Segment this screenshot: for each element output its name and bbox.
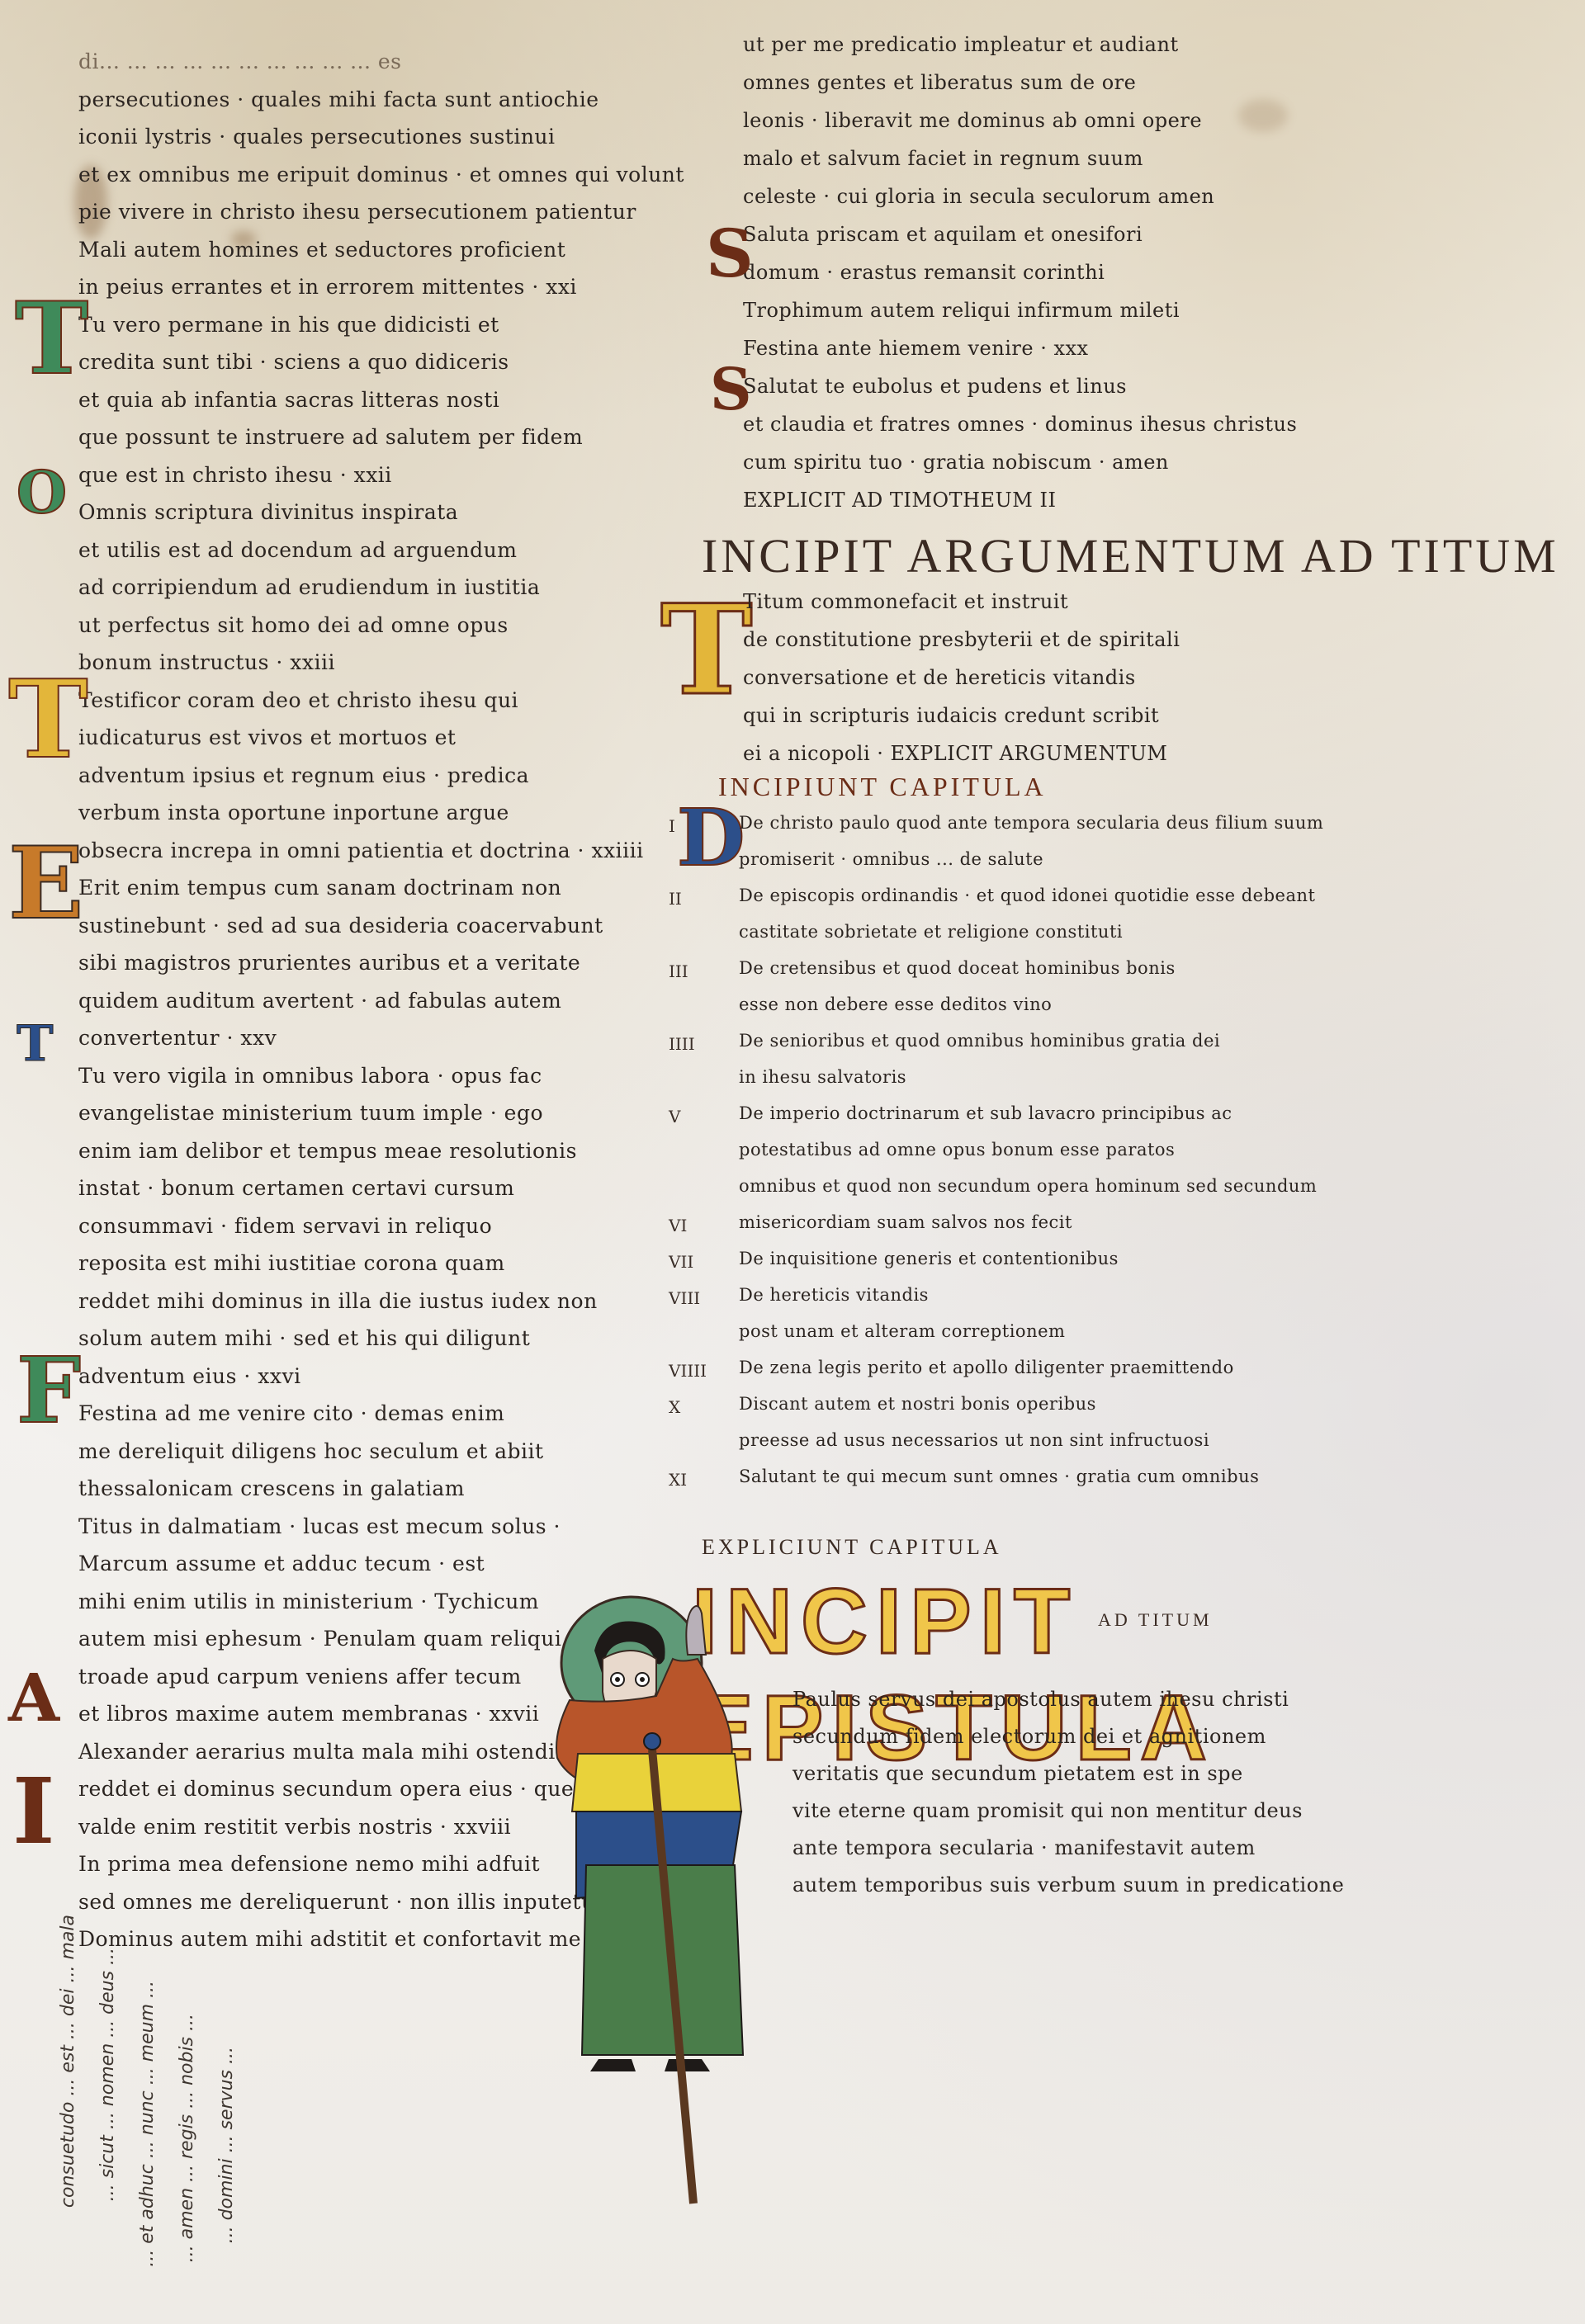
decorated-initial-a: A [8,1659,59,1736]
manuscript-line: veritatis que secundum pietatem est in s… [792,1762,1243,1785]
manuscript-line: Erit enim tempus cum sanam doctrinam non [78,876,561,900]
chapter-number: IIII [669,1034,695,1054]
manuscript-line: ut perfectus sit homo dei ad omne opus [78,613,509,637]
manuscript-line: ad corripiendum ad erudiendum in iustiti… [78,575,540,599]
manuscript-line: sustinebunt · sed ad sua desideria coace… [78,914,603,938]
manuscript-line: sed omnes me dereliquerunt · non illis i… [78,1890,605,1914]
manuscript-line: obsecra increpa in omni patientia et doc… [78,838,644,862]
chapter-line: in ihesu salvatoris [739,1067,906,1087]
manuscript-line: Testificor coram deo et christo ihesu qu… [78,688,518,712]
manuscript-line: Saluta priscam et aquilam et onesifori [743,223,1143,246]
manuscript-line: persecutiones · quales mihi facta sunt a… [78,87,599,111]
manuscript-line: et ex omnibus me eripuit dominus · et om… [78,163,684,187]
chapter-line: esse non debere esse deditos vino [739,994,1052,1014]
manuscript-line: et libros maxime autem membranas · xxvii [78,1702,539,1726]
chapter-number: III [669,961,688,981]
decorated-initial-t: T [15,281,88,397]
manuscript-line: me dereliquit diligens hoc seculum et ab… [78,1439,544,1463]
manuscript-line: Festina ad me venire cito · demas enim [78,1401,504,1425]
ink-stain [1238,99,1288,132]
manuscript-line: celeste · cui gloria in secula seculorum… [743,185,1214,208]
manuscript-line: autem misi ephesum · Penulam quam reliqu… [78,1627,561,1651]
manuscript-line: thessalonicam crescens in galatiam [78,1476,465,1500]
manuscript-line: In prima mea defensione nemo mihi adfuit [78,1852,540,1876]
chapter-line: potestatibus ad omne opus bonum esse par… [739,1140,1175,1160]
manuscript-line: evangelistae ministerium tuum imple · eg… [78,1101,543,1125]
chapter-number: VIII [669,1288,700,1308]
manuscript-line: vite eterne quam promisit qui non mentit… [792,1799,1303,1822]
manuscript-line: Mali autem homines et seductores profici… [78,238,565,262]
manuscript-line: domum · erastus remansit corinthi [743,261,1105,284]
manuscript-line: que est in christo ihesu · xxii [78,463,392,487]
manuscript-line: autem temporibus suis verbum suum in pre… [792,1873,1344,1897]
decorated-initial-d: D [677,792,745,884]
manuscript-line: adventum eius · xxvi [78,1364,301,1388]
capitula-heading: INCIPIUNT CAPITULA [718,772,1047,802]
manuscript-line: iudicaturus est vivos et mortuos et [78,725,456,749]
left-foot [590,2059,636,2071]
chapter-line: De zena legis perito et apollo diligente… [739,1358,1234,1377]
decorated-initial-t-argument: T [660,578,753,723]
manuscript-line: credita sunt tibi · sciens a quo didicer… [78,350,509,374]
chapter-number: II [669,889,682,909]
apostle-illumination [537,1593,784,2212]
chapter-number: X [669,1397,680,1417]
chapter-number: VII [669,1252,693,1272]
manuscript-line: valde enim restitit verbis nostris · xxv… [78,1815,511,1839]
manuscript-line: Salutat te eubolus et pudens et linus [743,375,1127,398]
manuscript-line: de constitutione presbyterii et de spiri… [743,628,1180,651]
chapter-line: De episcopis ordinandis · et quod idonei… [739,886,1315,905]
manuscript-line: ut per me predicatio impleatur et audian… [743,33,1179,56]
manuscript-line: Tu vero vigila in omnibus labora · opus … [78,1064,542,1088]
manuscript-line: et utilis est ad docendum ad arguendum [78,538,517,562]
manuscript-line: secundum fidem electorum dei et agnition… [792,1725,1266,1748]
manuscript-line: bonum instructus · xxiii [78,650,335,674]
manuscript-line: troade apud carpum veniens affer tecum [78,1665,522,1689]
marginal-note: ... domini ... servus ... [216,2047,237,2243]
manuscript-line: reposita est mihi iustitiae corona quam [78,1251,505,1275]
chapter-line: promiserit · omnibus ... de salute [739,849,1043,869]
chapter-line: De hereticis vitandis [739,1285,929,1305]
chapter-number: VIIII [669,1361,707,1381]
manuscript-line: EXPLICIT AD TIMOTHEUM II [743,489,1056,512]
manuscript-line: consummavi · fidem servavi in reliquo [78,1214,492,1238]
manuscript-line: di... ... ... ... ... ... ... ... ... ..… [78,50,402,73]
right-foot [665,2059,710,2071]
manuscript-line: ante tempora secularia · manifestavit au… [792,1836,1256,1859]
chapter-line: omnibus et quod non secundum opera homin… [739,1176,1317,1196]
manuscript-line: Tu vero permane in his que didicisti et [78,313,499,337]
manuscript-line: Trophimum autem reliqui infirmum mileti [743,299,1180,322]
manuscript-line: Omnis scriptura divinitus inspirata [78,500,458,524]
manuscript-line: malo et salvum faciet in regnum suum [743,147,1143,170]
chapter-line: preesse ad usus necessarios ut non sint … [739,1430,1209,1450]
manuscript-line: pie vivere in christo ihesu persecutione… [78,200,636,224]
marginal-note: ... amen ... regis ... nobis ... [177,2014,197,2262]
manuscript-line: cum spiritu tuo · gratia nobiscum · amen [743,451,1169,474]
chapter-number: I [669,816,675,836]
decorated-initial-s: S [706,215,754,292]
manuscript-line: verbum insta oportune inportune argue [78,801,509,824]
manuscript-line: leonis · liberavit me dominus ab omni op… [743,109,1202,132]
manuscript-line: Titum commonefacit et instruit [743,590,1068,613]
manuscript-line: Festina ante hiemem venire · xxx [743,337,1089,360]
chapter-line: post unam et alteram correptionem [739,1321,1065,1341]
manuscript-line: instat · bonum certamen certavi cursum [78,1176,514,1200]
manuscript-line: et quia ab infantia sacras litteras nost… [78,388,499,412]
manuscript-line: solum autem mihi · sed et his qui diligu… [78,1326,530,1350]
chapter-line: De inquisitione generis et contentionibu… [739,1249,1119,1268]
decorated-initial-i: I [12,1758,54,1864]
chapter-number: V [669,1107,680,1127]
decorated-initial-f: F [17,1337,81,1443]
chapter-line: misericordiam suam salvos nos fecit [739,1212,1072,1232]
manuscript-line: iconii lystris · quales persecutiones su… [78,125,556,149]
manuscript-line: omnes gentes et liberatus sum de ore [743,71,1136,94]
manuscript-line: mihi enim utilis in ministerium · Tychic… [78,1589,539,1613]
chapter-line: Discant autem et nostri bonis operibus [739,1394,1096,1414]
chapter-line: De senioribus et quod omnibus hominibus … [739,1031,1220,1051]
manuscript-line: ei a nicopoli · EXPLICIT ARGUMENTUM [743,742,1167,765]
decorated-initial-e: E [8,825,83,942]
manuscript-line: convertentur · xxv [78,1026,277,1050]
manuscript-line: qui in scripturis iudaicis credunt scrib… [743,704,1159,727]
manuscript-line: adventum ipsius et regnum eius · predica [78,763,529,787]
chapter-line: Salutant te qui mecum sunt omnes · grati… [739,1467,1259,1486]
chapter-line: De cretensibus et quod doceat hominibus … [739,958,1176,978]
manuscript-line: Titus in dalmatiam · lucas est mecum sol… [78,1514,561,1538]
manuscript-line: enim iam delibor et tempus meae resoluti… [78,1139,577,1163]
manuscript-line: et claudia et fratres omnes · dominus ih… [743,413,1297,436]
marginal-note: ... sicut ... nomen ... deus ... [97,1948,118,2201]
manuscript-line: conversatione et de hereticis vitandis [743,666,1136,689]
decorated-initial-s2: S [710,355,752,423]
manuscript-line: quidem auditum avertent · ad fabulas aut… [78,989,561,1013]
epistle-title: INCIPIT EPISTULA [692,1568,1585,1781]
chapter-number: VI [669,1216,687,1235]
marginal-note: consuetudo ... est ... dei ... mala [58,1915,78,2208]
decorated-initial-t3: T [17,1015,54,1073]
manuscript-line: Alexander aerarius multa mala mihi osten… [78,1740,564,1764]
manuscript-line: reddet mihi dominus in illa die iustus i… [78,1289,598,1313]
marginal-note: ... et adhuc ... nunc ... meum ... [137,1981,158,2267]
chapter-line: castitate sobrietate et religione consti… [739,922,1123,942]
decorated-initial-o: O [17,458,67,527]
manuscript-line: que possunt te instruere ad salutem per … [78,425,583,449]
decorated-initial-t2: T [8,656,88,782]
manuscript-line: in peius errantes et in errorem mittente… [78,275,577,299]
chapter-line: De imperio doctrinarum et sub lavacro pr… [739,1103,1233,1123]
manuscript-line: Marcum assume et adduc tecum · est [78,1552,485,1575]
chapter-line: De christo paulo quod ante tempora secul… [739,813,1323,833]
manuscript-line: sibi magistros prurientes auribus et a v… [78,951,580,975]
argument-heading: INCIPIT ARGUMENTUM AD TITUM [702,528,1559,583]
epistle-title-suffix: AD TITUM [1098,1609,1213,1631]
manuscript-line: Paulus servus dei apostolus autem ihesu … [792,1688,1289,1711]
capitula-end: EXPLICIUNT CAPITULA [702,1535,1002,1560]
chapter-number: XI [669,1470,687,1490]
manuscript-line: Dominus autem mihi adstitit et confortav… [78,1927,581,1951]
raised-hand [686,1606,706,1655]
